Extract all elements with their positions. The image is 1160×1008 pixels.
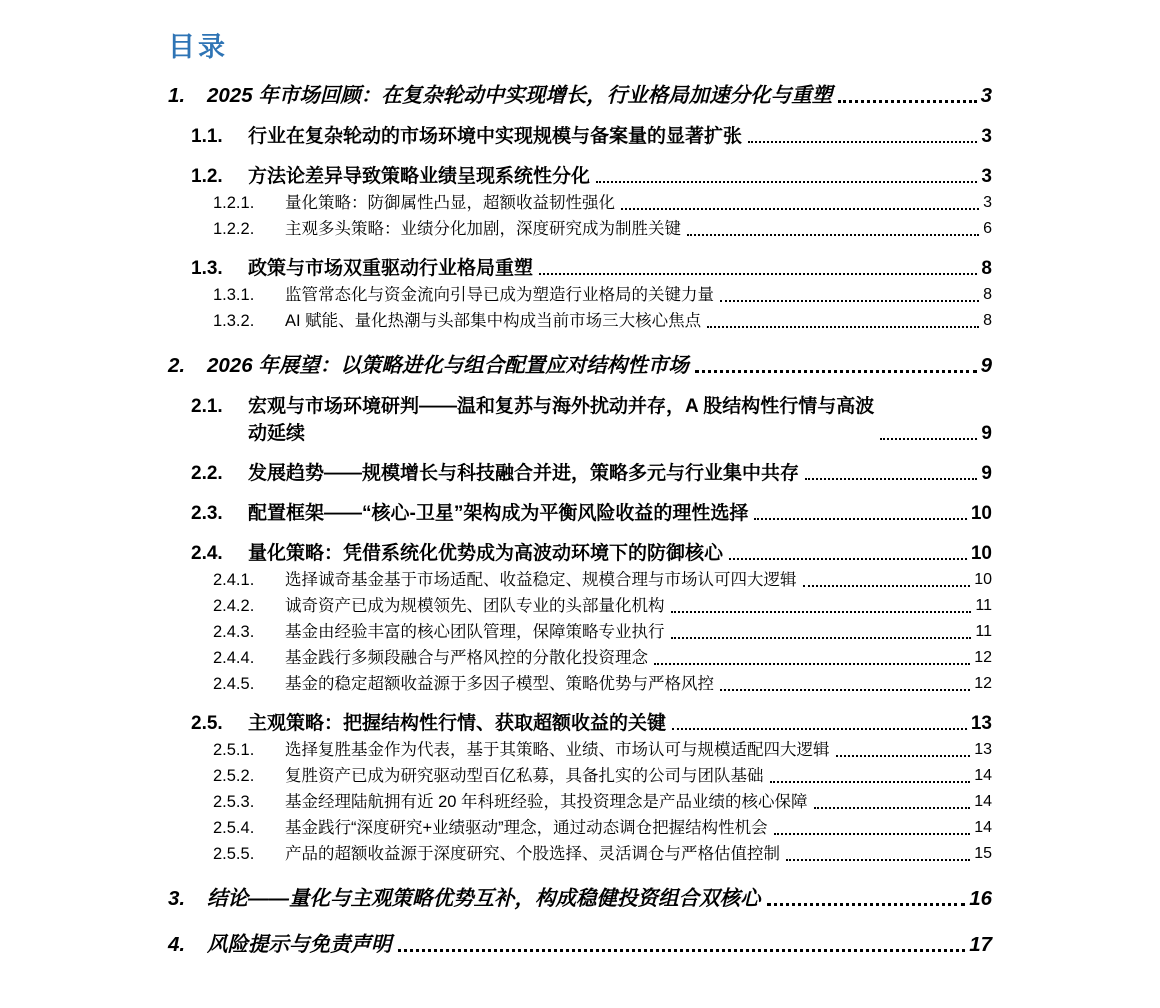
toc-entry-page: 8: [983, 282, 992, 308]
toc-page: 目录 1.2025 年市场回顾：在复杂轮动中实现增长，行业格局加速分化与重塑31…: [0, 0, 1160, 1008]
toc-entry-text: 基金践行多频段融合与严格风控的分散化投资理念: [285, 645, 648, 671]
toc-entry-page: 3: [981, 123, 992, 150]
toc-entry-text: 2026 年展望：以策略进化与组合配置应对结构性市场: [207, 352, 689, 380]
dot-leader: [654, 663, 970, 665]
dot-leader: [729, 558, 967, 560]
dot-leader: [880, 438, 977, 440]
toc-entry-number: 1.2.1.: [213, 190, 285, 216]
toc-entry-number: 2.5.1.: [213, 737, 285, 763]
dot-leader: [767, 903, 966, 906]
dot-leader: [621, 208, 979, 210]
toc-entry-number: 2.4.3.: [213, 619, 285, 645]
toc-entry-page: 8: [981, 255, 992, 282]
toc-entry-text: 主观多头策略：业绩分化加剧，深度研究成为制胜关键: [285, 216, 681, 242]
toc-entry[interactable]: 2.2026 年展望：以策略进化与组合配置应对结构性市场9: [168, 352, 992, 380]
toc-entry[interactable]: 2.4.量化策略：凭借系统化优势成为高波动环境下的防御核心10: [191, 540, 992, 567]
dot-leader: [786, 859, 970, 861]
toc-entry-number: 1.2.: [191, 163, 248, 190]
toc-entry-number: 3.: [168, 885, 207, 913]
toc-entry-page: 15: [974, 841, 992, 867]
toc-entry-page: 8: [983, 308, 992, 334]
dot-leader: [754, 518, 967, 520]
toc-entry-number: 2.4.4.: [213, 645, 285, 671]
toc-entry-page: 17: [969, 931, 992, 959]
toc-entry-number: 1.2.2.: [213, 216, 285, 242]
dot-leader: [720, 689, 970, 691]
toc-entry[interactable]: 2.2.发展趋势——规模增长与科技融合并进，策略多元与行业集中共存9: [191, 460, 992, 487]
dot-leader: [805, 478, 977, 480]
toc-entry-page: 11: [975, 619, 992, 645]
toc-entry-text: 量化策略：防御属性凸显，超额收益韧性强化: [285, 190, 615, 216]
toc-entry-text: 发展趋势——规模增长与科技融合并进，策略多元与行业集中共存: [248, 460, 799, 487]
toc-entry-number: 2.4.: [191, 540, 248, 567]
toc-entry[interactable]: 1.3.政策与市场双重驱动行业格局重塑8: [191, 255, 992, 282]
toc-entry-text: 量化策略：凭借系统化优势成为高波动环境下的防御核心: [248, 540, 723, 567]
toc-entry-number: 4.: [168, 931, 207, 959]
toc-entry[interactable]: 2.4.1.选择诚奇基金基于市场适配、收益稳定、规模合理与市场认可四大逻辑10: [213, 567, 992, 593]
toc-entry-text: 宏观与市场环境研判——温和复苏与海外扰动并存，A 股结构性行情与高波 动延续: [248, 393, 874, 447]
toc-entry-text: 选择复胜基金作为代表，基于其策略、业绩、市场认可与规模适配四大逻辑: [285, 737, 830, 763]
toc-entry[interactable]: 1.2.2.主观多头策略：业绩分化加剧，深度研究成为制胜关键6: [213, 216, 992, 242]
toc-entry[interactable]: 1.2.方法论差异导致策略业绩呈现系统性分化3: [191, 163, 992, 190]
toc-entry-number: 2.5.5.: [213, 841, 285, 867]
toc-entry[interactable]: 2.4.5.基金的稳定超额收益源于多因子模型、策略优势与严格风控12: [213, 671, 992, 697]
toc-entry[interactable]: 2.4.4.基金践行多频段融合与严格风控的分散化投资理念12: [213, 645, 992, 671]
dot-leader: [748, 141, 977, 143]
toc-entry-number: 2.1.: [191, 393, 248, 420]
toc-entry-text: 基金经理陆航拥有近 20 年科班经验，其投资理念是产品业绩的核心保障: [285, 789, 808, 815]
dot-leader: [596, 181, 977, 183]
toc-entry[interactable]: 2.1.宏观与市场环境研判——温和复苏与海外扰动并存，A 股结构性行情与高波 动…: [191, 393, 992, 447]
toc-entry-page: 3: [983, 190, 992, 216]
dot-leader: [398, 949, 966, 952]
toc-entry-number: 1.3.: [191, 255, 248, 282]
toc-entry-page: 12: [974, 671, 992, 697]
toc-entry-text: 2025 年市场回顾：在复杂轮动中实现增长，行业格局加速分化与重塑: [207, 82, 832, 110]
toc-entry-page: 10: [974, 567, 992, 593]
toc-entry[interactable]: 2.4.2.诚奇资产已成为规模领先、团队专业的头部量化机构11: [213, 593, 992, 619]
toc-entry[interactable]: 2.4.3.基金由经验丰富的核心团队管理，保障策略专业执行11: [213, 619, 992, 645]
toc-entry-number: 2.3.: [191, 500, 248, 527]
toc-entry-text: 基金由经验丰富的核心团队管理，保障策略专业执行: [285, 619, 665, 645]
toc-entry-text: AI 赋能、量化热潮与头部集中构成当前市场三大核心焦点: [285, 308, 701, 334]
dot-leader: [770, 781, 971, 783]
toc-entry-page: 14: [974, 763, 992, 789]
toc-entry[interactable]: 1.2025 年市场回顾：在复杂轮动中实现增长，行业格局加速分化与重塑3: [168, 82, 992, 110]
toc-entry-number: 2.5.: [191, 710, 248, 737]
toc-entry-number: 1.: [168, 82, 207, 110]
toc-entry-number: 2.5.4.: [213, 815, 285, 841]
toc-entry[interactable]: 2.5.4.基金践行“深度研究+业绩驱动”理念，通过动态调仓把握结构性机会14: [213, 815, 992, 841]
toc-entry-text: 基金践行“深度研究+业绩驱动”理念，通过动态调仓把握结构性机会: [285, 815, 768, 841]
toc-entry-text: 风险提示与免责声明: [207, 931, 392, 959]
toc-entry-page: 14: [974, 789, 992, 815]
dot-leader: [671, 611, 972, 613]
toc-entry-page: 3: [981, 163, 992, 190]
toc-entry[interactable]: 4.风险提示与免责声明17: [168, 931, 992, 959]
toc-entry-page: 6: [983, 216, 992, 242]
toc-entry[interactable]: 2.5.3.基金经理陆航拥有近 20 年科班经验，其投资理念是产品业绩的核心保障…: [213, 789, 992, 815]
toc-entry-text: 监管常态化与资金流向引导已成为塑造行业格局的关键力量: [285, 282, 714, 308]
dot-leader: [671, 637, 972, 639]
toc-entry[interactable]: 1.3.2.AI 赋能、量化热潮与头部集中构成当前市场三大核心焦点8: [213, 308, 992, 334]
toc-entry-page: 14: [974, 815, 992, 841]
toc-entry-text: 方法论差异导致策略业绩呈现系统性分化: [248, 163, 590, 190]
dot-leader: [720, 300, 979, 302]
toc-entry-page: 12: [974, 645, 992, 671]
toc-entry-page: 10: [971, 500, 992, 527]
dot-leader: [803, 585, 971, 587]
dot-leader: [814, 807, 971, 809]
toc-entry-text: 政策与市场双重驱动行业格局重塑: [248, 255, 533, 282]
toc-entry[interactable]: 2.5.5.产品的超额收益源于深度研究、个股选择、灵活调仓与严格估值控制15: [213, 841, 992, 867]
toc-entry-text: 主观策略：把握结构性行情、获取超额收益的关键: [248, 710, 666, 737]
toc-entry-page: 11: [975, 593, 992, 619]
dot-leader: [707, 326, 979, 328]
dot-leader: [695, 370, 977, 373]
dot-leader: [539, 273, 977, 275]
toc-entry-number: 2.4.1.: [213, 567, 285, 593]
dot-leader: [774, 833, 971, 835]
toc-entry[interactable]: 1.1.行业在复杂轮动的市场环境中实现规模与备案量的显著扩张3: [191, 123, 992, 150]
toc-entry-page: 13: [971, 710, 992, 737]
toc-entry[interactable]: 2.5.主观策略：把握结构性行情、获取超额收益的关键13: [191, 710, 992, 737]
toc-entry-text: 基金的稳定超额收益源于多因子模型、策略优势与严格风控: [285, 671, 714, 697]
toc-entry-page: 13: [974, 737, 992, 763]
toc-entry[interactable]: 1.3.1.监管常态化与资金流向引导已成为塑造行业格局的关键力量8: [213, 282, 992, 308]
toc-entry-number: 1.1.: [191, 123, 248, 150]
toc-entry[interactable]: 2.5.2.复胜资产已成为研究驱动型百亿私募，具备扎实的公司与团队基础14: [213, 763, 992, 789]
toc-entry-number: 2.2.: [191, 460, 248, 487]
dot-leader: [672, 728, 967, 730]
toc-entry-text: 复胜资产已成为研究驱动型百亿私募，具备扎实的公司与团队基础: [285, 763, 764, 789]
toc-entry-number: 1.3.2.: [213, 308, 285, 334]
toc-entry-number: 2.5.2.: [213, 763, 285, 789]
toc-entry-text: 行业在复杂轮动的市场环境中实现规模与备案量的显著扩张: [248, 123, 742, 150]
dot-leader: [838, 100, 976, 103]
toc-entry-text: 配置框架——“核心-卫星”架构成为平衡风险收益的理性选择: [248, 500, 748, 527]
toc-entry-number: 2.4.2.: [213, 593, 285, 619]
toc-entry-number: 2.4.5.: [213, 671, 285, 697]
dot-leader: [687, 234, 979, 236]
toc-entry-page: 9: [981, 420, 992, 447]
toc-entry[interactable]: 1.2.1.量化策略：防御属性凸显，超额收益韧性强化3: [213, 190, 992, 216]
dot-leader: [836, 755, 971, 757]
toc-entry-page: 3: [981, 82, 992, 110]
toc-entry-page: 16: [969, 885, 992, 913]
toc-entry[interactable]: 3.结论——量化与主观策略优势互补，构成稳健投资组合双核心16: [168, 885, 992, 913]
toc-entry-text: 选择诚奇基金基于市场适配、收益稳定、规模合理与市场认可四大逻辑: [285, 567, 797, 593]
toc-entry-text: 结论——量化与主观策略优势互补，构成稳健投资组合双核心: [207, 885, 761, 913]
toc-entry-number: 2.5.3.: [213, 789, 285, 815]
toc-entry-page: 9: [981, 460, 992, 487]
toc-entry-page: 9: [981, 352, 992, 380]
page-title: 目录: [168, 30, 992, 64]
toc-entry-text: 产品的超额收益源于深度研究、个股选择、灵活调仓与严格估值控制: [285, 841, 780, 867]
toc-entry[interactable]: 2.5.1.选择复胜基金作为代表，基于其策略、业绩、市场认可与规模适配四大逻辑1…: [213, 737, 992, 763]
table-of-contents: 1.2025 年市场回顾：在复杂轮动中实现增长，行业格局加速分化与重塑31.1.…: [168, 82, 992, 959]
toc-entry-page: 10: [971, 540, 992, 567]
toc-entry-number: 2.: [168, 352, 207, 380]
toc-entry-number: 1.3.1.: [213, 282, 285, 308]
toc-entry-text: 诚奇资产已成为规模领先、团队专业的头部量化机构: [285, 593, 665, 619]
toc-entry[interactable]: 2.3.配置框架——“核心-卫星”架构成为平衡风险收益的理性选择10: [191, 500, 992, 527]
